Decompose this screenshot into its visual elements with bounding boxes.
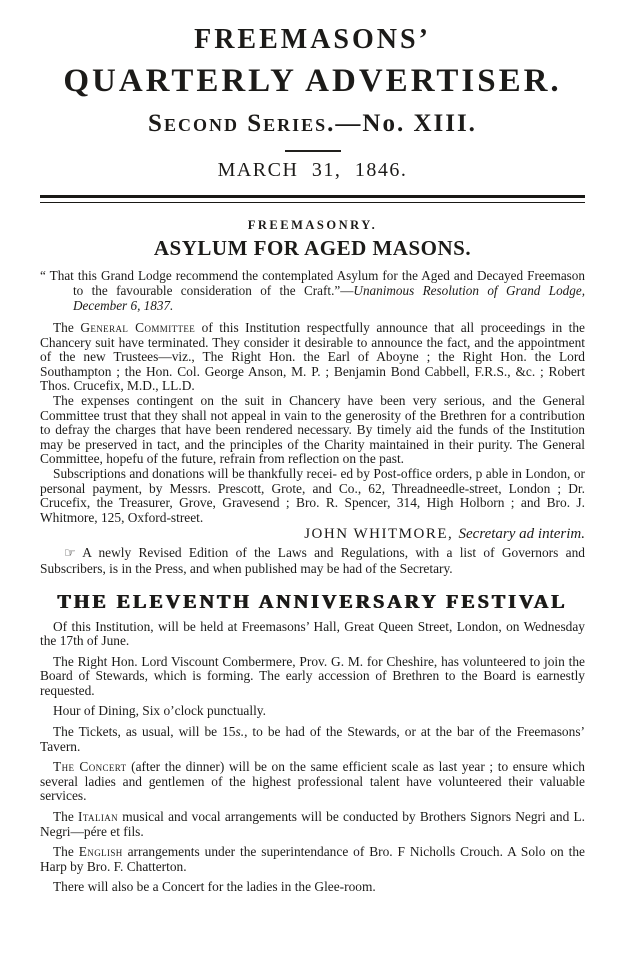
notice-text: A newly Revised Edition of the Laws and … bbox=[40, 545, 585, 576]
festival-paragraph-venue: Of this Institution, will be held at Fre… bbox=[40, 620, 585, 649]
festival-paragraph-dining-hour: Hour of Dining, Six o’clock punctually. bbox=[40, 704, 585, 719]
general-committee-smallcaps: General Committee bbox=[80, 320, 195, 335]
notice-paragraph: ☞ A newly Revised Edition of the Laws an… bbox=[40, 546, 585, 576]
article-asylum: FREEMASONRY. ASYLUM FOR AGED MASONS. “ T… bbox=[40, 218, 585, 577]
english-rest: arrangements under the superintendance o… bbox=[40, 844, 585, 874]
english-smallcaps: English bbox=[79, 844, 123, 859]
festival-paragraph-glee-room: There will also be a Concert for the lad… bbox=[40, 880, 585, 895]
signature-name: JOHN WHITMORE, bbox=[304, 526, 458, 542]
festival-paragraph-concert: The Concert (after the dinner) will be o… bbox=[40, 760, 585, 804]
series-number: —No. XIII. bbox=[335, 110, 477, 137]
concert-smallcaps: The Concert bbox=[53, 759, 127, 774]
document-page: FREEMASONS’ QUARTERLY ADVERTISER. Second… bbox=[0, 0, 621, 966]
series-line: Second Series.—No. XIII. bbox=[40, 110, 585, 138]
masthead: FREEMASONS’ QUARTERLY ADVERTISER. Second… bbox=[40, 24, 585, 182]
tickets-text-pre: The Tickets, as usual, will be 15 bbox=[53, 724, 236, 739]
italian-smallcaps: Italian bbox=[78, 809, 118, 824]
series-name: Second Series. bbox=[148, 110, 335, 137]
tickets-price-suffix: s. bbox=[236, 724, 245, 739]
publication-title-line1: FREEMASONS’ bbox=[40, 24, 585, 56]
publication-title-line2: QUARTERLY ADVERTISER. bbox=[40, 63, 585, 100]
paragraph-lead: The bbox=[53, 320, 80, 335]
festival-section: THE ELEVENTH ANNIVERSARY FESTIVAL Of thi… bbox=[40, 591, 585, 896]
italian-rest: musical and vocal arrangements will be c… bbox=[40, 809, 585, 839]
signature-line: JOHN WHITMORE, Secretary ad interim. bbox=[40, 526, 585, 542]
festival-paragraph-tickets: The Tickets, as usual, will be 15s., to … bbox=[40, 725, 585, 754]
issue-date: MARCH 31, 1846. bbox=[40, 159, 585, 182]
double-rule-divider bbox=[40, 195, 585, 203]
festival-paragraph-combermere: The Right Hon. Lord Viscount Combermere,… bbox=[40, 655, 585, 699]
resolution-quote: “ That this Grand Lodge recommend the co… bbox=[40, 268, 585, 313]
signature-title: Secretary ad interim. bbox=[459, 526, 586, 542]
festival-headline: THE ELEVENTH ANNIVERSARY FESTIVAL bbox=[40, 591, 585, 614]
paragraph-expenses: The expenses contingent on the suit in C… bbox=[40, 394, 585, 467]
festival-paragraph-italian: The Italian musical and vocal arrangemen… bbox=[40, 810, 585, 839]
paragraph-committee-announcement: The General Committee of this Institutio… bbox=[40, 321, 585, 394]
english-lead: The bbox=[53, 844, 79, 859]
paragraph-subscriptions: Subscriptions and donations will be than… bbox=[40, 467, 585, 525]
pointing-hand-icon: ☞ bbox=[64, 546, 76, 561]
festival-paragraph-english: The English arrangements under the super… bbox=[40, 845, 585, 874]
article-headline: ASYLUM FOR AGED MASONS. bbox=[40, 236, 585, 261]
italian-lead: The bbox=[53, 809, 78, 824]
section-kicker: FREEMASONRY. bbox=[40, 218, 585, 233]
short-divider bbox=[285, 150, 341, 152]
